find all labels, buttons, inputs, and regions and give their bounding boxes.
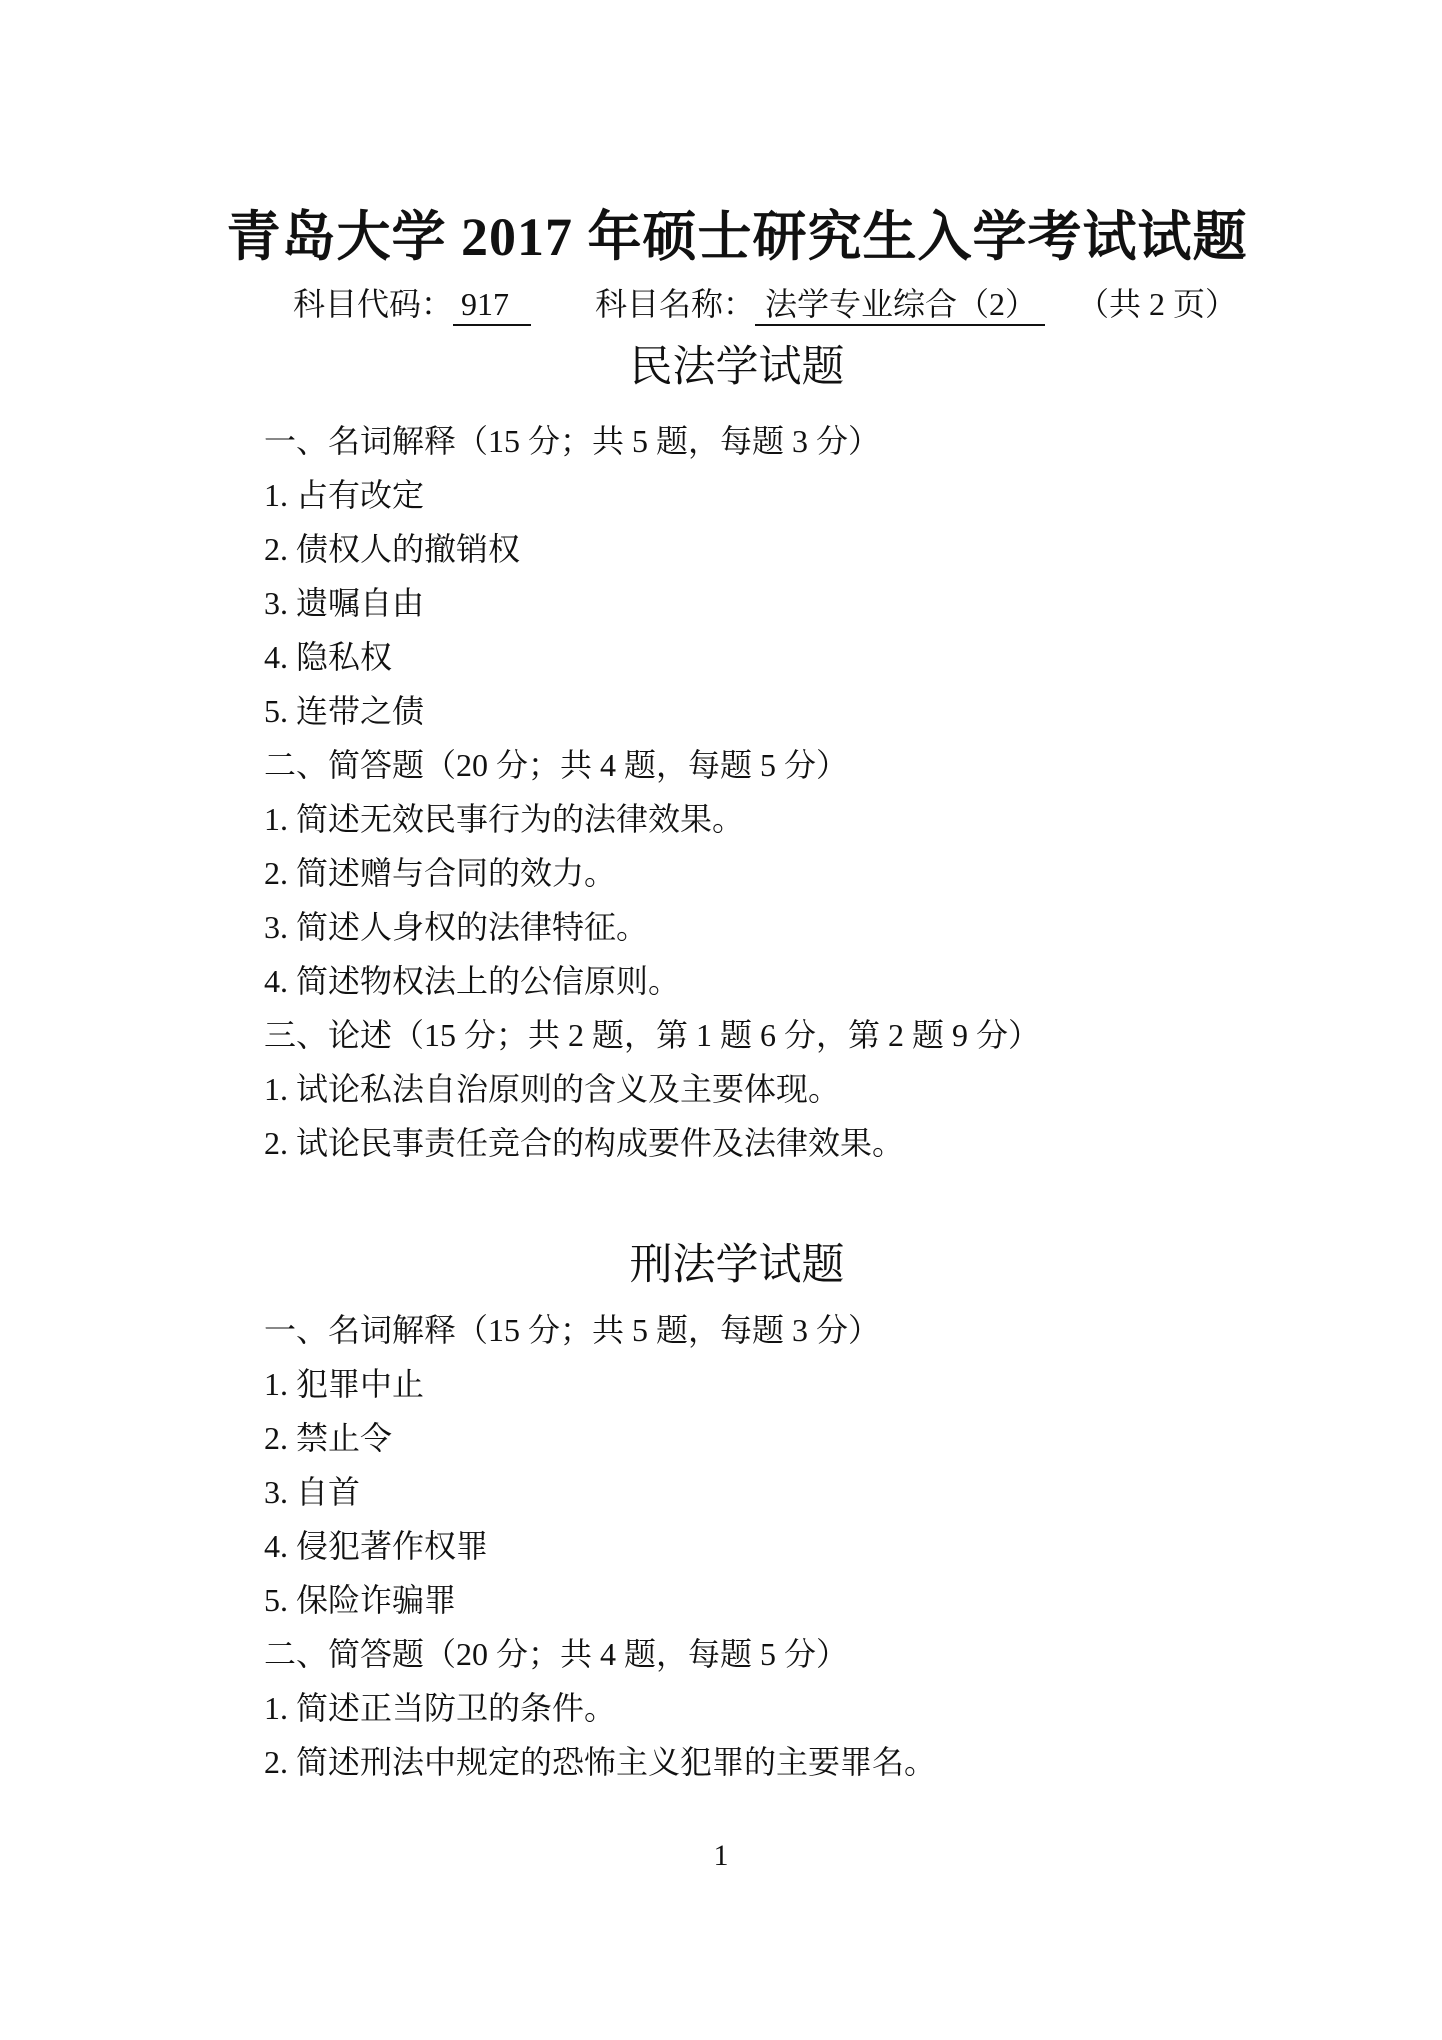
question-item: 3. 自首 bbox=[264, 1465, 1382, 1519]
page-title: 青岛大学 2017 年硕士研究生入学考试试题 bbox=[0, 204, 1442, 270]
exam-document-page: 青岛大学 2017 年硕士研究生入学考试试题 科目代码：917科目名称：法学专业… bbox=[0, 0, 1442, 2040]
civil-law-question-list: 一、名词解释（15 分；共 5 题，每题 3 分） 1. 占有改定 2. 债权人… bbox=[264, 414, 1382, 1170]
question-item: 2. 试论民事责任竞合的构成要件及法律效果。 bbox=[264, 1116, 1382, 1170]
question-item: 3. 简述人身权的法律特征。 bbox=[264, 900, 1382, 954]
question-item: 1. 简述正当防卫的条件。 bbox=[264, 1681, 1382, 1735]
criminal-law-question-list: 一、名词解释（15 分；共 5 题，每题 3 分） 1. 犯罪中止 2. 禁止令… bbox=[264, 1303, 1382, 1789]
total-pages-note: （共 2 页） bbox=[1077, 286, 1237, 322]
question-item: 2. 简述刑法中规定的恐怖主义犯罪的主要罪名。 bbox=[264, 1735, 1382, 1789]
civil-law-section-title: 民法学试题 bbox=[0, 340, 1442, 396]
criminal-law-section-title: 刑法学试题 bbox=[0, 1238, 1442, 1294]
question-item: 2. 简述赠与合同的效力。 bbox=[264, 846, 1382, 900]
question-heading: 一、名词解释（15 分；共 5 题，每题 3 分） bbox=[264, 414, 1382, 468]
question-item: 4. 侵犯著作权罪 bbox=[264, 1519, 1382, 1573]
question-heading: 二、简答题（20 分；共 4 题，每题 5 分） bbox=[264, 738, 1382, 792]
subject-name-label: 科目名称： bbox=[595, 286, 755, 322]
question-item: 1. 试论私法自治原则的含义及主要体现。 bbox=[264, 1062, 1382, 1116]
question-item: 5. 保险诈骗罪 bbox=[264, 1573, 1382, 1627]
question-item: 1. 犯罪中止 bbox=[264, 1357, 1382, 1411]
page-number: 1 bbox=[0, 1834, 1442, 1878]
question-item: 1. 简述无效民事行为的法律效果。 bbox=[264, 792, 1382, 846]
question-item: 2. 债权人的撤销权 bbox=[264, 522, 1382, 576]
subject-code-value: 917 bbox=[453, 284, 531, 326]
question-item: 4. 隐私权 bbox=[264, 630, 1382, 684]
subject-code-label: 科目代码： bbox=[293, 286, 453, 322]
question-heading: 二、简答题（20 分；共 4 题，每题 5 分） bbox=[264, 1627, 1382, 1681]
question-item: 1. 占有改定 bbox=[264, 468, 1382, 522]
question-heading: 一、名词解释（15 分；共 5 题，每题 3 分） bbox=[264, 1303, 1382, 1357]
question-heading: 三、论述（15 分；共 2 题，第 1 题 6 分，第 2 题 9 分） bbox=[264, 1008, 1382, 1062]
question-item: 4. 简述物权法上的公信原则。 bbox=[264, 954, 1382, 1008]
question-item: 3. 遗嘱自由 bbox=[264, 576, 1382, 630]
question-item: 5. 连带之债 bbox=[264, 684, 1382, 738]
question-item: 2. 禁止令 bbox=[264, 1411, 1382, 1465]
subject-line: 科目代码：917科目名称：法学专业综合（2）（共 2 页） bbox=[293, 280, 1237, 328]
subject-name-value: 法学专业综合（2） bbox=[755, 284, 1045, 326]
